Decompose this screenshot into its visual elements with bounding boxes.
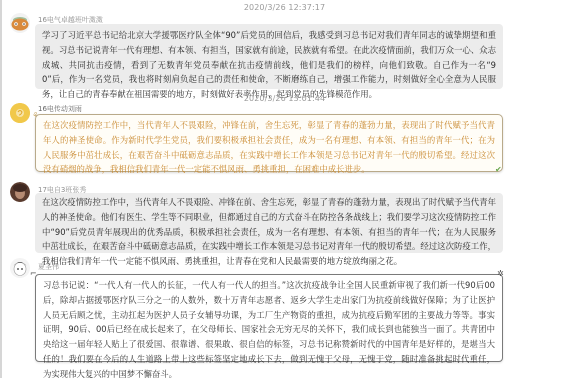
message-bubble[interactable]: 学习了习近平总书记给北京大学援鄂医疗队全体“90”后党员的回信后，我感受到习总书… <box>35 24 503 89</box>
avatar[interactable] <box>10 258 30 278</box>
yellow-avatar-icon <box>10 103 30 123</box>
message-bubble[interactable]: 在这次疫情防控工作中，当代青年人不畏艰险、冲锋在前、舍生忘死，彰显了青春的蓬勃力… <box>35 193 503 253</box>
sender-name: 16电传动刘雨 <box>38 104 82 114</box>
frame-corner-decoration-icon: ✲ <box>497 270 504 278</box>
message-timestamp: 2020/3/26 12:37:17 <box>2 3 567 12</box>
leaf-decoration-icon: ✔ <box>495 166 502 174</box>
frame-corner-decoration-icon: ⌐ <box>30 270 37 278</box>
photo-avatar-icon <box>10 182 30 202</box>
message-bubble[interactable]: 习总书记说：“一代人有一代人的长征，一代人有一代人的担当。”这次抗疫战争让全国人… <box>35 274 503 362</box>
cartoon-boy-avatar-icon <box>10 258 30 278</box>
sender-name: 夏圣伟 <box>38 262 59 272</box>
message-timestamp: 2020/3/26 13:01:44 <box>2 94 567 103</box>
avatar[interactable] <box>10 13 30 33</box>
chat-history-panel[interactable]: 2020/3/26 12:37:17 16电气卓越班叶溦溦 学习了习近平总书记给… <box>0 0 567 378</box>
message-bubble[interactable]: 在这次疫情防控工作中，当代青年人不畏艰险，冲锋在前，舍生忘死，彰显了青春的蓬勃力… <box>35 114 503 172</box>
avatar[interactable] <box>10 103 30 123</box>
orange-cartoon-avatar-icon <box>10 13 30 33</box>
avatar[interactable] <box>10 182 30 202</box>
